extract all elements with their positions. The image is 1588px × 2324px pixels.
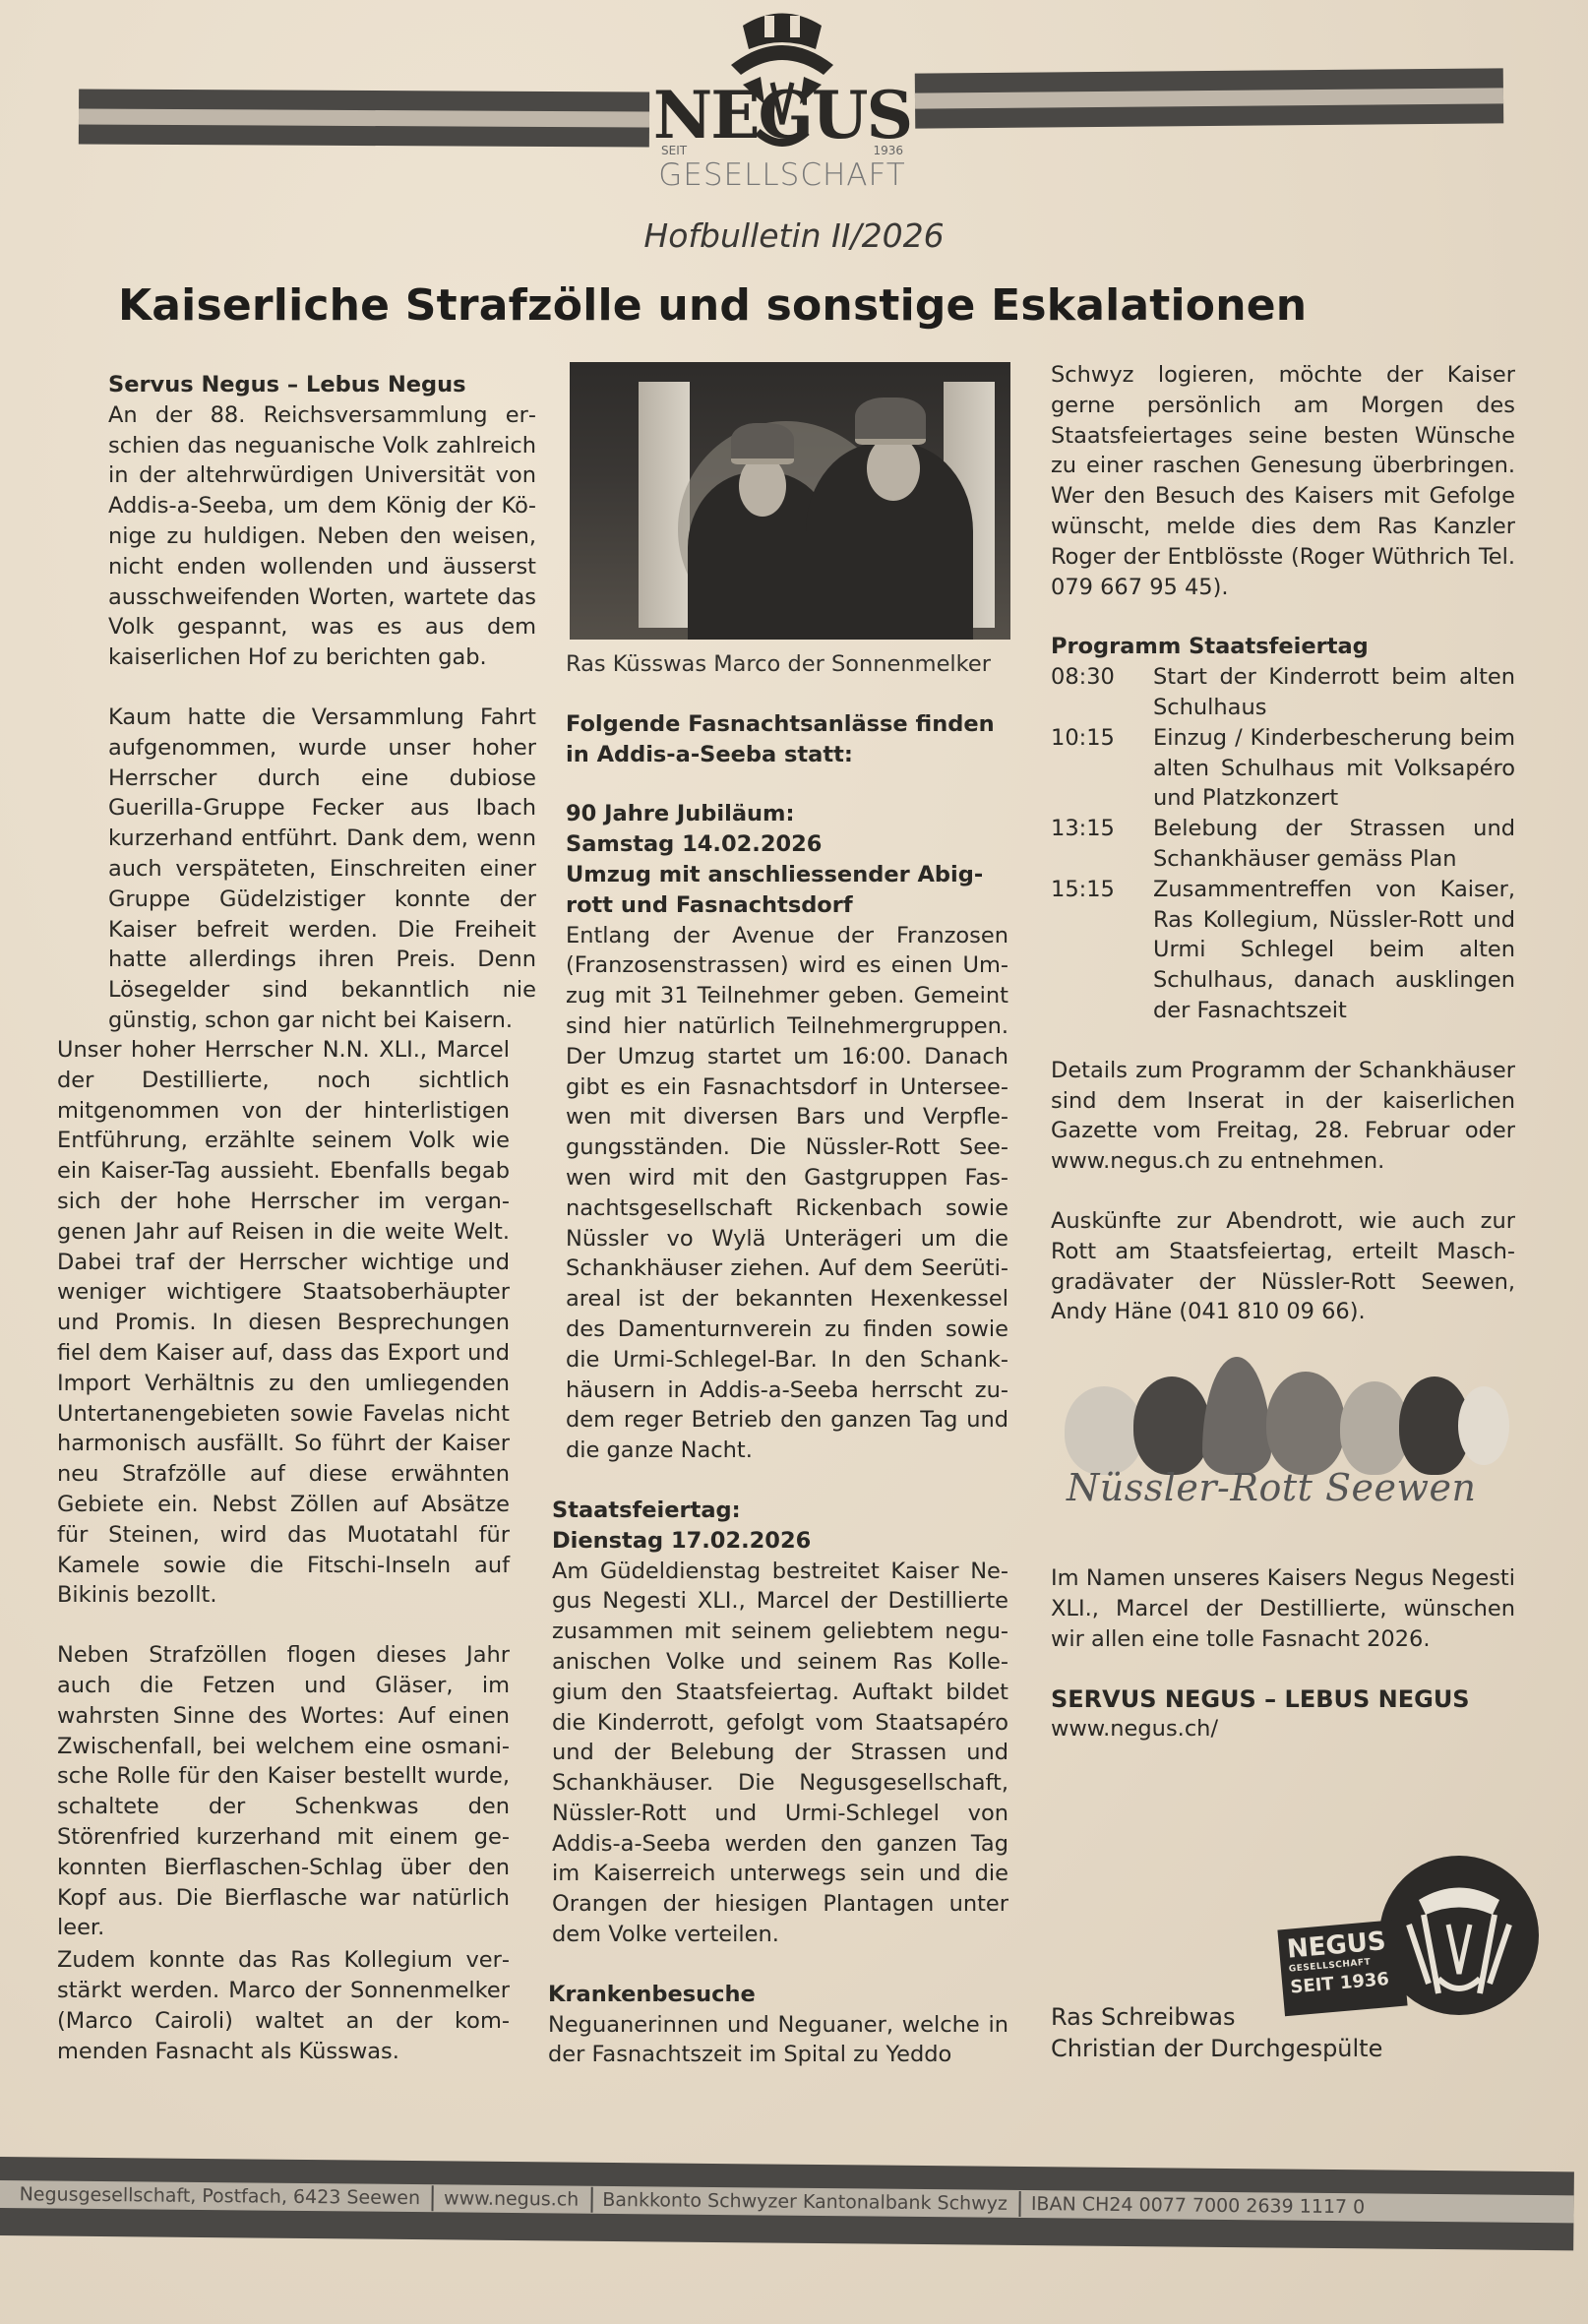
event-staatsfeiertag: Staatsfeiertag: Dienstag 17.02.2026 Am G… — [552, 1496, 1008, 1950]
photo-caption: Ras Küsswas Marco der Sonnenmelker — [566, 649, 1008, 680]
column-1-top: Servus Negus – Lebus Negus An der 88. Re… — [108, 370, 536, 1066]
event-text: Entlang der Avenue der Franzosen (Franzo… — [566, 921, 1008, 1466]
photo-ras-kusswas — [570, 362, 1010, 640]
details-paragraph: Details zum Programm der Schankhäu­ser s… — [1051, 1056, 1515, 1177]
logo-wordmark: NEGUS — [649, 77, 915, 153]
program-time: 15:15 — [1051, 875, 1153, 1026]
program-text: Einzug / Kinderbescherung beim alten Sch… — [1153, 723, 1515, 814]
wishes-paragraph: Im Namen unseres Kaisers Negus Ne­gesti … — [1051, 1563, 1515, 1654]
signoff-motto: SERVUS NEGUS – LEBUS NEGUS — [1051, 1684, 1515, 1715]
nuessler-rott-logo: Nüssler-Rott Seewen — [1055, 1357, 1517, 1524]
signature-name: Christian der Durchgespülte — [1051, 2033, 1382, 2064]
section-text: Neguanerinnen und Neguaner, welche in de… — [548, 2010, 1008, 2071]
footer-address: Negusgesellschaft, Postfach, 6423 Seewen — [20, 2183, 433, 2209]
krankenbesuche-continuation: Schwyz logieren, möchte der Kaiser gerne… — [1051, 360, 1515, 602]
program-row: 08:30 Start der Kinderrott beim al­ten S… — [1051, 662, 1515, 723]
footer-divider — [590, 2187, 592, 2213]
article-paragraph: Unser hoher Herrscher N.N. XLI., Marcel … — [57, 1035, 510, 1611]
header-stripe-right — [915, 68, 1503, 128]
footer-iban: IBAN CH24 0077 7000 2639 1117 0 — [1031, 2193, 1377, 2218]
logo-subtitle: GESELLSCHAFT — [649, 157, 915, 193]
program-title: Programm Staatsfeiertag — [1051, 632, 1515, 662]
column-2: Ras Küsswas Marco der Sonnenmelker Folge… — [566, 362, 1008, 2070]
footer-divider — [1019, 2191, 1021, 2217]
greeting-heading: Servus Negus – Lebus Negus — [108, 370, 536, 400]
article-paragraph: Neben Strafzöllen flogen dieses Jahr auc… — [57, 1640, 510, 1943]
footer-bank: Bankkonto Schwyzer Kantonalbank Schwyz — [602, 2189, 1019, 2215]
program-row: 13:15 Belebung der Strassen und Schankhä… — [1051, 814, 1515, 875]
program-row: 10:15 Einzug / Kinderbescherung beim alt… — [1051, 723, 1515, 814]
program-time: 10:15 — [1051, 723, 1153, 814]
header-stripe-left — [79, 89, 649, 147]
footer-band: Negusgesellschaft, Postfach, 6423 Seewen… — [0, 2157, 1574, 2250]
page-headline: Kaiserliche Strafzölle und sonstige Eska… — [118, 280, 1307, 331]
program-row: 15:15 Zusammentreffen von Kaiser, Ras Ko… — [1051, 875, 1515, 1026]
event-text: Am Güdeldienstag bestreitet Kaiser Ne­gu… — [552, 1557, 1008, 1950]
article-paragraph: Kaum hatte die Versammlung Fahrt aufgeno… — [108, 703, 536, 1036]
event-title: Staatsfeiertag: — [552, 1496, 1008, 1526]
article-paragraph: Zudem konnte das Ras Kollegium ver­stärk… — [57, 1945, 510, 2066]
event-date: Samstag 14.02.2026 — [566, 829, 1008, 860]
section-title: Krankenbesuche — [548, 1980, 1008, 2010]
events-intro: Folgende Fasnachtsanlässe finden in Addi… — [566, 709, 1008, 770]
event-jubilaeum: 90 Jahre Jubiläum: Samstag 14.02.2026 Um… — [566, 799, 1008, 1466]
event-date: Dienstag 17.02.2026 — [552, 1526, 1008, 1557]
footer-website[interactable]: www.negus.ch — [444, 2187, 590, 2210]
article-paragraph: An der 88. Reichsversammlung er­schien d… — [108, 400, 536, 673]
event-title: 90 Jahre Jubiläum: — [566, 799, 1008, 829]
krankenbesuche-section: Krankenbesuche Neguanerinnen und Neguane… — [548, 1980, 1008, 2070]
footer-info: Negusgesellschaft, Postfach, 6423 Seewen… — [0, 2180, 1574, 2223]
logo-founded: SEIT 1936 — [649, 144, 915, 157]
column-3: Schwyz logieren, möchte der Kaiser gerne… — [1051, 360, 1515, 1744]
program-text: Belebung der Strassen und Schankhäuser g… — [1153, 814, 1515, 875]
column-1-bottom: Unser hoher Herrscher N.N. XLI., Marcel … — [57, 1035, 510, 2096]
program-time: 13:15 — [1051, 814, 1153, 875]
logo-year: 1936 — [873, 144, 903, 157]
footer-divider — [432, 2185, 434, 2211]
signature-role: Ras Schreibwas — [1051, 2001, 1382, 2033]
bulletin-issue: Hofbulletin II/2026 — [0, 216, 1588, 255]
program-text: Zusammentreffen von Kaiser, Ras Kollegiu… — [1153, 875, 1515, 1026]
event-subtitle: Umzug mit anschliessender Abig­rott und … — [566, 860, 1008, 921]
website-link[interactable]: www.negus.ch/ — [1051, 1714, 1515, 1744]
program-text: Start der Kinderrott beim al­ten Schulha… — [1153, 662, 1515, 723]
signature: Ras Schreibwas Christian der Durchgespül… — [1051, 2001, 1382, 2064]
nuessler-rott-title: Nüssler-Rott Seewen — [1067, 1473, 1476, 1503]
program-time: 08:30 — [1051, 662, 1153, 723]
program-list: 08:30 Start der Kinderrott beim al­ten S… — [1051, 662, 1515, 1026]
auskuenfte-paragraph: Auskünfte zur Abendrott, wie auch zur Ro… — [1051, 1206, 1515, 1327]
newsletter-page: NEGUS SEIT 1936 GESELLSCHAFT Hofbulletin… — [0, 0, 1588, 2324]
logo-seit: SEIT — [661, 144, 687, 157]
